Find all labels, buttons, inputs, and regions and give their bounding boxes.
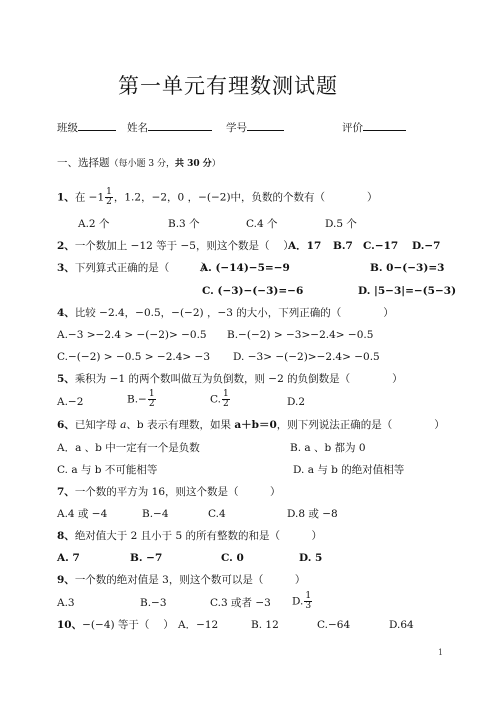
question-number: 6、 <box>57 419 75 431</box>
q3-option-b[interactable]: B. 0−(−3)=3 <box>370 261 444 275</box>
q6-option-b[interactable]: B. a 、b 都为 0 <box>290 441 366 455</box>
q9-option-d[interactable]: D.13 <box>292 592 313 611</box>
option-text: A.−3 >−2.4 > −(−2)> −0.5 <box>57 329 207 341</box>
q7-option-b[interactable]: B.−4 <box>142 507 169 521</box>
question-number: 3、 <box>57 262 75 274</box>
option-text: D.8 或 −8 <box>287 508 338 520</box>
score-label: 评价 <box>342 122 363 134</box>
option-text: A.2 个 <box>78 218 109 230</box>
question-stem-end: ，则下列说法正确的是（ ） <box>277 419 445 431</box>
question-stem: 绝对值大于 2 且小于 5 的所有整数的和是（ ） <box>75 530 322 542</box>
option-text: C. (−3)−(−3)=−6 <box>202 285 303 297</box>
question-number: 9、 <box>57 574 75 586</box>
q8-option-b[interactable]: B. −7 <box>130 551 162 565</box>
option-text: A.4 或 −4 <box>57 508 107 520</box>
option-text: C.−17 <box>363 240 398 252</box>
student-id-field: 学号 <box>226 120 284 135</box>
q3-option-a[interactable]: A. (−14)−5=−9 <box>200 261 290 275</box>
option-text: D.−7 <box>412 240 441 252</box>
option-text: C.−64 <box>317 619 350 631</box>
q4-option-d[interactable]: D. −3> −(−2)>−2.4> −0.5 <box>233 350 380 364</box>
q1-option-d[interactable]: D.5 个 <box>325 217 357 231</box>
q8-option-a[interactable]: A. 7 <box>57 551 80 565</box>
option-text: C. a 与 b 不可能相等 <box>57 464 157 476</box>
option-text: C.4 个 <box>246 218 278 230</box>
q2-option-c[interactable]: C.−17 <box>363 239 398 253</box>
section-note-end: ） <box>212 159 221 169</box>
question-stem: 一个数加上 −12 等于 −5，则这个数是（ ） <box>75 240 294 252</box>
option-text: B.7 <box>333 240 353 252</box>
variable-b: b <box>137 419 144 431</box>
question-number: 5、 <box>57 373 75 385</box>
option-text: B. 12 <box>251 619 279 631</box>
question-stem: 乘积为 −1 的两个数叫做互为负倒数，则 −2 的负倒数是（ ） <box>75 373 403 385</box>
question-stem: 一个数的平方为 16，则这个数是（ ） <box>75 486 281 498</box>
question-3: 3、下列算式正确的是（ ） <box>57 261 211 275</box>
q1-option-a[interactable]: A.2 个 <box>78 217 109 231</box>
q4-option-c[interactable]: C.−(−2) > −0.5 > −2.4> −3 <box>57 350 210 364</box>
question-stem: 在 −1 <box>75 192 104 204</box>
question-stem: 一个数的绝对值是 3，则这个数可以是（ ） <box>75 574 306 586</box>
question-10: 10、−(−4) 等于（ ） <box>57 618 174 632</box>
page-number: 1 <box>438 648 443 657</box>
option-text: A．17 <box>288 240 321 252</box>
option-text: B. a 、b 都为 0 <box>290 442 366 454</box>
question-number: 2、 <box>57 240 75 252</box>
option-text: B.− <box>127 394 147 406</box>
q1-option-b[interactable]: B.3 个 <box>168 217 200 231</box>
section-note: （每小题 3 分， <box>110 159 175 169</box>
option-text: C.3 或者 −3 <box>210 597 271 609</box>
class-label: 班级 <box>57 122 78 134</box>
q9-option-b[interactable]: B.−3 <box>140 596 167 610</box>
option-text: C.−(−2) > −0.5 > −2.4> −3 <box>57 351 210 363</box>
q7-option-c[interactable]: C.4 <box>208 507 226 521</box>
q4-option-a[interactable]: A.−3 >−2.4 > −(−2)> −0.5 <box>57 328 207 342</box>
q5-option-c[interactable]: C.12 <box>210 390 231 409</box>
student-id-label: 学号 <box>226 122 247 134</box>
q9-option-c[interactable]: C.3 或者 −3 <box>210 596 271 610</box>
question-stem: 下列算式正确的是（ ） <box>75 262 212 274</box>
fraction: 12 <box>105 188 113 207</box>
q10-option-b[interactable]: B. 12 <box>251 618 279 632</box>
name-label: 姓名 <box>127 122 148 134</box>
question-stem: −(−4) 等于（ ） <box>82 619 174 631</box>
option-text: D.5 个 <box>325 218 357 230</box>
student-id-blank[interactable] <box>247 120 284 131</box>
q6-option-c[interactable]: C. a 与 b 不可能相等 <box>57 463 157 477</box>
denominator: 2 <box>148 400 156 409</box>
score-field: 评价 <box>342 120 406 135</box>
question-number: 4、 <box>57 307 75 319</box>
option-text: C. 0 <box>221 552 244 564</box>
q7-option-a[interactable]: A.4 或 −4 <box>57 507 107 521</box>
q10-option-a[interactable]: A．−12 <box>178 618 218 632</box>
option-text: D. <box>292 596 303 608</box>
q4-option-b[interactable]: B.−(−2) > −3>−2.4> −0.5 <box>227 328 373 342</box>
question-stem: 比较 −2.4，−0.5，−(−2) ，−3 的大小，下列正确的（ ） <box>75 307 394 319</box>
score-blank[interactable] <box>363 120 406 131</box>
q2-option-d[interactable]: D.−7 <box>412 239 441 253</box>
option-text: B.3 个 <box>168 218 200 230</box>
option-text: C. <box>210 394 221 406</box>
question-number: 10、 <box>57 619 82 631</box>
section-title: 一、选择题 <box>57 157 110 169</box>
question-stem-end: ，1.2，−2，0 ，−(−2)中，负数的个数有（ ） <box>114 192 378 204</box>
section-heading: 一、选择题（每小题 3 分，共 30 分） <box>57 155 221 170</box>
option-text: D.64 <box>389 619 414 631</box>
denominator: 2 <box>222 400 230 409</box>
q5-option-a[interactable]: A.−2 <box>57 395 83 409</box>
option-text: A．a 、b 中一定有一个是负数 <box>57 442 200 454</box>
q1-option-c[interactable]: C.4 个 <box>246 217 278 231</box>
q8-option-d[interactable]: D. 5 <box>299 551 322 565</box>
question-1: 1、在 −112，1.2，−2，0 ，−(−2)中，负数的个数有（ ） <box>57 188 378 207</box>
option-text: A. 7 <box>57 552 80 564</box>
q9-option-a[interactable]: A.3 <box>57 596 75 610</box>
q8-option-c[interactable]: C. 0 <box>221 551 244 565</box>
option-text: D. a 与 b 的绝对值相等 <box>293 464 404 476</box>
option-text: B.−4 <box>142 508 169 520</box>
question-4: 4、比较 −2.4，−0.5，−(−2) ，−3 的大小，下列正确的（ ） <box>57 306 394 320</box>
option-text: D.2 <box>287 396 305 408</box>
page-title: 第一单元有理数测试题 <box>118 70 338 100</box>
q2-option-b[interactable]: B.7 <box>333 239 353 253</box>
section-total: 共 30 分 <box>175 159 212 169</box>
question-number: 1、 <box>57 192 75 204</box>
question-number: 8、 <box>57 530 75 542</box>
fraction: 12 <box>222 390 230 409</box>
q7-option-d[interactable]: D.8 或 −8 <box>287 507 338 521</box>
class-blank[interactable] <box>78 120 116 131</box>
question-stem-mid: 表示有理数，如果 <box>144 419 235 431</box>
question-2: 2、一个数加上 −12 等于 −5，则这个数是（ ） <box>57 239 294 253</box>
q6-option-d[interactable]: D. a 与 b 的绝对值相等 <box>293 463 404 477</box>
question-5: 5、乘积为 −1 的两个数叫做互为负倒数，则 −2 的负倒数是（ ） <box>57 372 403 386</box>
option-text: B.−3 <box>140 597 167 609</box>
question-7: 7、一个数的平方为 16，则这个数是（ ） <box>57 485 281 499</box>
option-text: B. 0−(−3)=3 <box>370 262 444 274</box>
q6-option-a[interactable]: A．a 、b 中一定有一个是负数 <box>57 441 200 455</box>
option-text: A. (−14)−5=−9 <box>200 262 290 274</box>
question-8: 8、绝对值大于 2 且小于 5 的所有整数的和是（ ） <box>57 529 322 543</box>
denominator: 2 <box>105 198 113 207</box>
equation: a＋b＝0 <box>234 419 276 431</box>
class-field: 班级 <box>57 120 116 135</box>
q3-option-c[interactable]: C. (−3)−(−3)=−6 <box>202 284 303 298</box>
question-6: 6、已知字母 a、b 表示有理数，如果 a＋b＝0，则下列说法正确的是（ ） <box>57 418 445 432</box>
name-blank[interactable] <box>148 120 212 131</box>
option-text: A．−12 <box>178 619 218 631</box>
option-text: D. −3> −(−2)>−2.4> −0.5 <box>233 351 380 363</box>
option-text: D. |5−3|=−(5−3) <box>358 285 456 297</box>
option-text: B. −7 <box>130 552 162 564</box>
denominator: 3 <box>304 602 312 611</box>
option-text: A.3 <box>57 597 75 609</box>
fraction: 12 <box>148 390 156 409</box>
q2-option-a[interactable]: A．17 <box>288 239 321 253</box>
fraction: 13 <box>304 592 312 611</box>
q5-option-d[interactable]: D.2 <box>287 395 305 409</box>
q3-option-d[interactable]: D. |5−3|=−(5−3) <box>358 284 456 298</box>
option-text: C.4 <box>208 508 226 520</box>
option-text: A.−2 <box>57 396 83 408</box>
name-field: 姓名 <box>127 120 212 135</box>
option-text: D. 5 <box>299 552 322 564</box>
option-text: B.−(−2) > −3>−2.4> −0.5 <box>227 329 373 341</box>
question-number: 7、 <box>57 486 75 498</box>
question-9: 9、一个数的绝对值是 3，则这个数可以是（ ） <box>57 573 305 587</box>
question-stem: 已知字母 <box>75 419 120 431</box>
q5-option-b[interactable]: B.−12 <box>127 390 157 409</box>
separator: 、 <box>126 419 137 431</box>
q10-option-c[interactable]: C.−64 <box>317 618 350 632</box>
q10-option-d[interactable]: D.64 <box>389 618 414 632</box>
